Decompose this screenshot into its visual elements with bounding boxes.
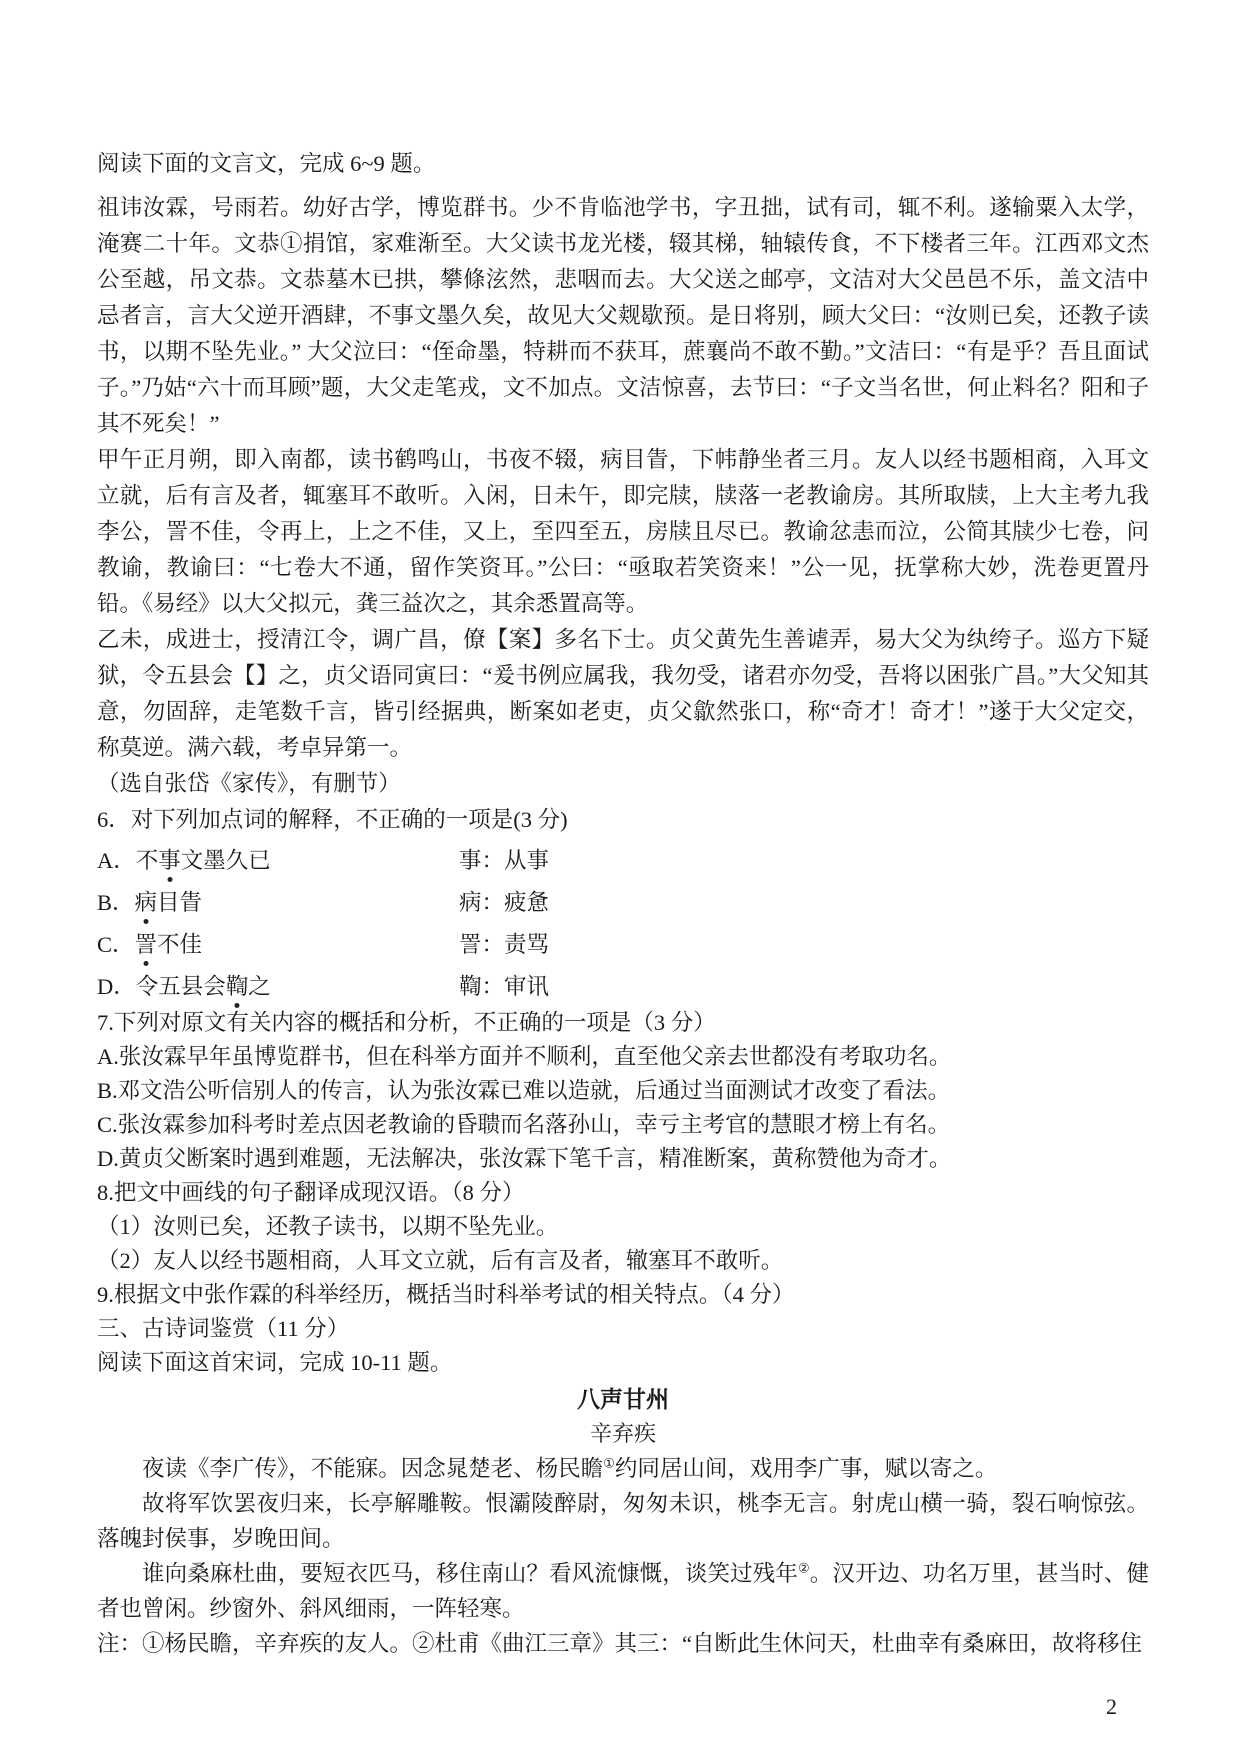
question-7-stem: 7.下列对原文有关内容的概括和分析，不正确的一项是（3 分） (97, 1006, 1149, 1040)
dotted-word: 詈 (135, 927, 158, 959)
preface-text-after: 约同居山间，戏用李广事，赋以寄之。 (615, 1456, 998, 1481)
question-6-option-a: A．不事文墨久已 事：从事 (97, 838, 1149, 880)
poem-stanza-2: 谁向桑麻杜曲，要短衣匹马，移住南山？看风流慷慨，谈笑过残年②。汉开边、功名万里，… (97, 1556, 1149, 1626)
question-7-option-c: C.张汝霖参加科考时差点因老教谕的昏聩而名落孙山，幸亏主考官的慧眼才榜上有名。 (97, 1108, 1149, 1142)
dotted-word: 事 (158, 843, 181, 875)
question-6-stem: 6．对下列加点词的解释，不正确的一项是(3 分) (97, 802, 1149, 838)
question-6-option-c: C．詈不佳 詈：责骂 (97, 922, 1149, 964)
section-3-intro: 阅读下面这首宋词，完成 10-11 题。 (97, 1346, 1149, 1380)
passage-paragraph-1: 祖讳汝霖，号雨若。幼好古学，博览群书。少不肯临池学书，字丑拙，试有司，辄不利。遂… (97, 190, 1149, 442)
question-7-option-d: D.黄贞父断案时遇到难题，无法解决，张汝霖下笔千言，精准断案，黄称赞他为奇才。 (97, 1142, 1149, 1176)
poem-title: 八声甘州 (97, 1383, 1149, 1417)
page-content: 阅读下面的文言文，完成 6~9 题。 祖讳汝霖，号雨若。幼好古学，博览群书。少不… (97, 146, 1149, 1661)
question-6-option-b: B．病目眚 病：疲惫 (97, 880, 1149, 922)
option-phrase: B．病目眚 (97, 885, 459, 917)
passage-source: （选自张岱《家传》，有删节） (97, 766, 1149, 802)
dotted-word: 鞫 (226, 969, 249, 1001)
option-phrase: D．令五县会鞫之 (97, 969, 459, 1001)
question-8-item-1: （1）汝则已矣，还教子读书，以期不坠先业。 (97, 1210, 1149, 1244)
option-gloss: 事：从事 (459, 843, 549, 875)
question-8-item-2: （2）友人以经书题相商，人耳文立就，后有言及者，辙塞耳不敢听。 (97, 1244, 1149, 1278)
option-phrase: C．詈不佳 (97, 927, 459, 959)
poem-stanza-1: 故将军饮罢夜归来，长亭解雕鞍。恨灞陵醉尉，匆匆未识，桃李无言。射虎山横一骑，裂石… (97, 1486, 1149, 1556)
section-3-heading: 三、古诗词鉴赏（11 分） (97, 1312, 1149, 1346)
question-8-stem: 8.把文中画线的句子翻译成现汉语。（8 分） (97, 1176, 1149, 1210)
phrase-after: 文墨久已 (181, 848, 271, 873)
question-6-option-d: D．令五县会鞫之 鞫：审讯 (97, 964, 1149, 1006)
question-9-stem: 9.根据文中张作霖的科举经历，概括当时科举考试的相关特点。（4 分） (97, 1278, 1149, 1312)
question-7-option-b: B.邓文浩公听信别人的传言，认为张汝霖已难以造就，后通过当面测试才改变了看法。 (97, 1074, 1149, 1108)
footnotes: 注：①杨民瞻，辛弃疾的友人。②杜甫《曲江三章》其三：“自断此生休问天，杜曲幸有桑… (97, 1626, 1149, 1661)
phrase-after: 目眚 (157, 890, 202, 915)
passage-paragraph-3: 乙未，成进士，授清江令，调广昌，僚【案】多名下士。贞父黄先生善谑弄，易大父为纨绔… (97, 622, 1149, 766)
phrase-before: 令五县会 (136, 974, 226, 999)
phrase-after: 之 (248, 974, 271, 999)
poem-author: 辛弃疾 (97, 1417, 1149, 1451)
footnote-marker-1: ① (603, 1456, 615, 1471)
question-7-option-a: A.张汝霖早年虽博览群书，但在科举方面并不顺利，直至他父亲去世都没有考取功名。 (97, 1040, 1149, 1074)
poem-preface: 夜读《李广传》，不能寐。因念晁楚老、杨民瞻①约同居山间，戏用李广事，赋以寄之。 (97, 1451, 1149, 1486)
option-label: D． (97, 974, 136, 999)
option-label: B． (97, 890, 135, 915)
option-label: A． (97, 848, 136, 873)
option-gloss: 鞫：审讯 (459, 969, 549, 1001)
option-gloss: 詈：责骂 (459, 927, 549, 959)
option-gloss: 病：疲惫 (459, 885, 549, 917)
preface-text: 夜读《李广传》，不能寐。因念晁楚老、杨民瞻 (142, 1456, 603, 1481)
document-page: 阅读下面的文言文，完成 6~9 题。 祖讳汝霖，号雨若。幼好古学，博览群书。少不… (0, 0, 1240, 1754)
footnote-marker-2: ② (798, 1561, 810, 1576)
page-number: 2 (1106, 1694, 1117, 1720)
option-label: C． (97, 932, 135, 957)
passage-paragraph-2: 甲午正月朔，即入南都，读书鹤鸣山，书夜不辍，病目眚，下帏静坐者三月。友人以经书题… (97, 442, 1149, 622)
phrase-after: 不佳 (157, 932, 202, 957)
phrase-before: 不 (136, 848, 159, 873)
option-phrase: A．不事文墨久已 (97, 843, 459, 875)
dotted-word: 病 (135, 885, 158, 917)
stanza-text: 谁向桑麻杜曲，要短衣匹马，移住南山？看风流慷慨，谈笑过残年 (142, 1561, 798, 1586)
passage-intro: 阅读下面的文言文，完成 6~9 题。 (97, 146, 1149, 182)
